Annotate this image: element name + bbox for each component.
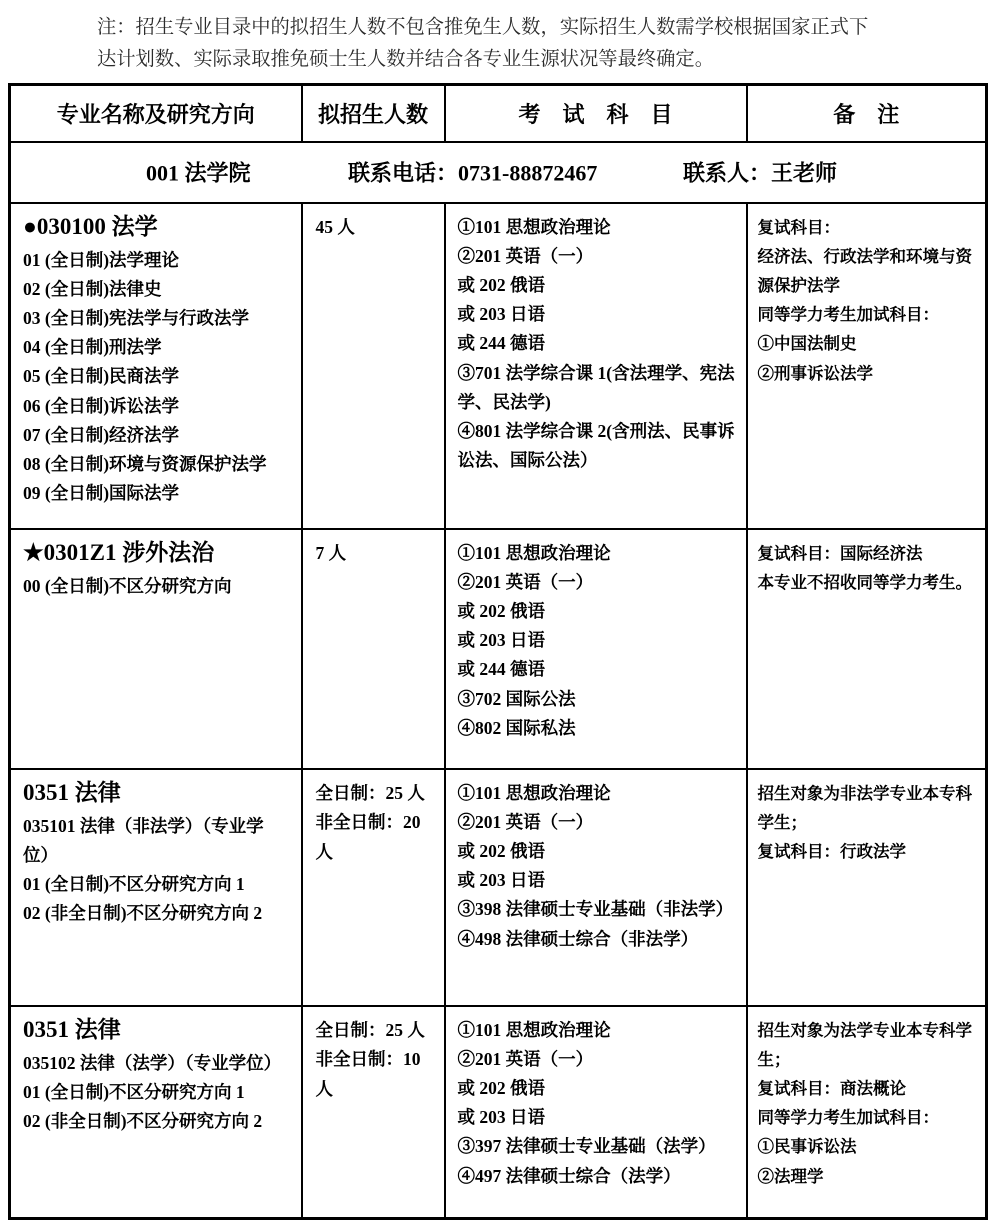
research-directions: 035101 法律（非法学）（专业学位） 01 (全日制)不区分研究方向 1 0…: [23, 812, 295, 929]
subjects-cell: ①101 思想政治理论 ②201 英语（一） 或 202 俄语 或 203 日语…: [445, 203, 747, 529]
col-header-subjects: 考 试 科 目: [445, 85, 747, 142]
program-title-text: 0301Z1 涉外法治: [44, 540, 215, 565]
table-header-row: 专业名称及研究方向 拟招生人数 考 试 科 目 备 注: [10, 85, 987, 142]
quota-cell: 全日制：25 人 非全日制：20 人: [302, 769, 445, 1006]
remarks-cell: 复试科目：国际经济法 本专业不招收同等学力考生。: [747, 529, 987, 769]
table-row: ★0301Z1 涉外法治 00 (全日制)不区分研究方向 7 人 ①101 思想…: [10, 529, 987, 769]
department-phone: 联系电话：0731-88872467: [348, 157, 597, 188]
research-directions: 01 (全日制)法学理论 02 (全日制)法律史 03 (全日制)宪法学与行政法…: [23, 246, 295, 509]
program-title: ★0301Z1 涉外法治: [23, 536, 295, 570]
remarks-cell: 复试科目： 经济法、行政法学和环境与资源保护法学 同等学力考生加试科目： ①中国…: [747, 203, 987, 529]
table-row: 0351 法律 035101 法律（非法学）（专业学位） 01 (全日制)不区分…: [10, 769, 987, 1006]
program-cell: ●030100 法学 01 (全日制)法学理论 02 (全日制)法律史 03 (…: [10, 203, 302, 529]
program-title-text: 0351 法律: [23, 1017, 121, 1042]
remarks-cell: 招生对象为非法学专业本专科学生； 复试科目：行政法学: [747, 769, 987, 1006]
subjects-cell: ①101 思想政治理论 ②201 英语（一） 或 202 俄语 或 203 日语…: [445, 529, 747, 769]
department-contact: 联系人：王老师: [683, 157, 837, 188]
header-note: 注：招生专业目录中的拟招生人数不包含推免生人数，实际招生人数需学校根据国家正式下…: [97, 12, 877, 75]
department-cell: 001 法学院 联系电话：0731-88872467 联系人：王老师: [10, 142, 987, 203]
table-row: ●030100 法学 01 (全日制)法学理论 02 (全日制)法律史 03 (…: [10, 203, 987, 529]
program-cell: ★0301Z1 涉外法治 00 (全日制)不区分研究方向: [10, 529, 302, 769]
col-header-quota: 拟招生人数: [302, 85, 445, 142]
program-title-text: 0351 法律: [23, 780, 121, 805]
program-title-text: 030100 法学: [37, 214, 158, 239]
department-name: 001 法学院: [146, 157, 251, 188]
program-title: 0351 法律: [23, 1013, 295, 1047]
col-header-remarks: 备 注: [747, 85, 987, 142]
research-directions: 00 (全日制)不区分研究方向: [23, 572, 295, 601]
quota-cell: 7 人: [302, 529, 445, 769]
remarks-cell: 招生对象为法学专业本专科学生； 复试科目：商法概论 同等学力考生加试科目： ①民…: [747, 1006, 987, 1219]
subjects-cell: ①101 思想政治理论 ②201 英语（一） 或 202 俄语 或 203 日语…: [445, 1006, 747, 1219]
subjects-cell: ①101 思想政治理论 ②201 英语（一） 或 202 俄语 或 203 日语…: [445, 769, 747, 1006]
quota-cell: 全日制：25 人 非全日制：10 人: [302, 1006, 445, 1219]
program-marker-icon: ★: [23, 540, 44, 565]
research-directions: 035102 法律（法学）（专业学位） 01 (全日制)不区分研究方向 1 02…: [23, 1049, 295, 1137]
table-row: 0351 法律 035102 法律（法学）（专业学位） 01 (全日制)不区分研…: [10, 1006, 987, 1219]
program-cell: 0351 法律 035102 法律（法学）（专业学位） 01 (全日制)不区分研…: [10, 1006, 302, 1219]
program-title: ●030100 法学: [23, 210, 295, 244]
department-row: 001 法学院 联系电话：0731-88872467 联系人：王老师: [10, 142, 987, 203]
col-header-program: 专业名称及研究方向: [10, 85, 302, 142]
quota-cell: 45 人: [302, 203, 445, 529]
program-marker-icon: ●: [23, 214, 37, 239]
admissions-table: 专业名称及研究方向 拟招生人数 考 试 科 目 备 注 001 法学院 联系电话…: [8, 83, 988, 1220]
program-title: 0351 法律: [23, 776, 295, 810]
program-cell: 0351 法律 035101 法律（非法学）（专业学位） 01 (全日制)不区分…: [10, 769, 302, 1006]
